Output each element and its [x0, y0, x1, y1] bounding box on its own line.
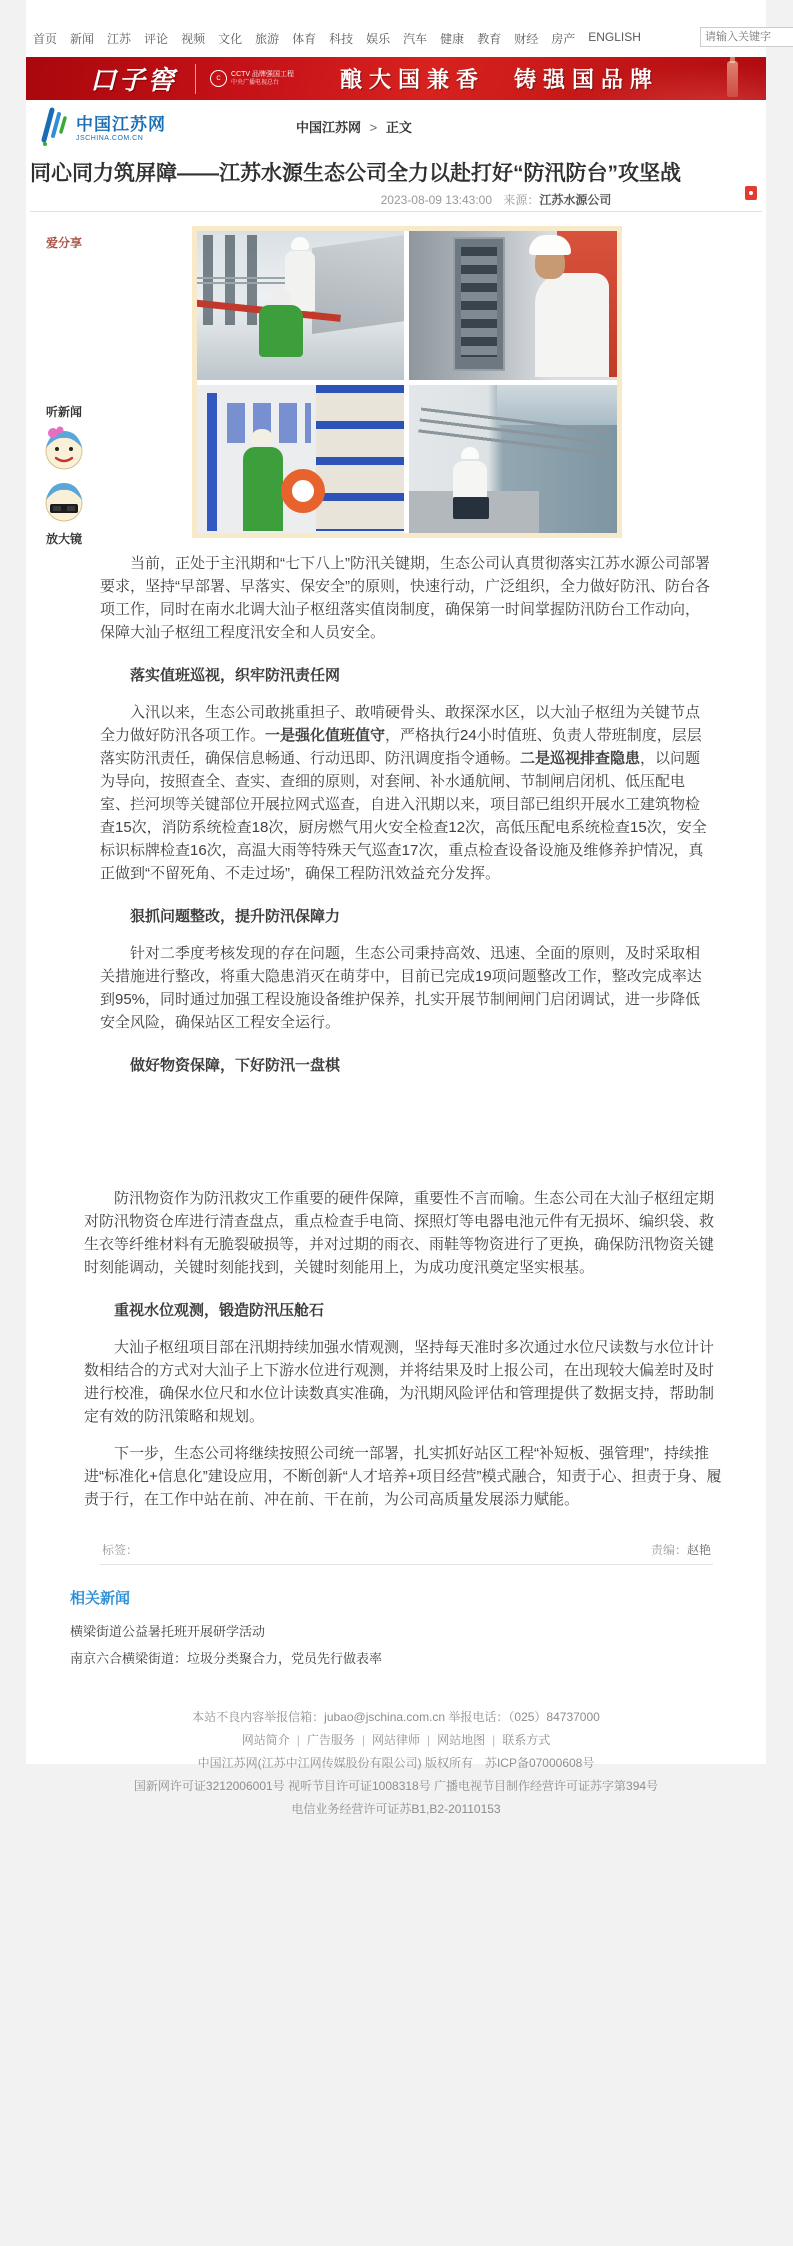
licenses-line: 国新网许可证3212006001号 视听节目许可证1008318号 广播电视节目…	[26, 1775, 766, 1798]
left-toolbar: 爱分享 听新闻 放大镜	[32, 234, 96, 547]
logo-text-en: JSCHINA.COM.CN	[76, 135, 166, 142]
article-paragraph: 针对二季度考核发现的存在问题，生态公司秉持高效、迅速、全面的原则，及时采取相关措…	[100, 942, 713, 1034]
search-area: 搜索	[700, 27, 793, 47]
nav-item-财经[interactable]: 财经	[514, 30, 538, 44]
tags-divider	[100, 1564, 713, 1565]
related-news-list: 横梁街道公益暑托班开展研学活动南京六合横梁街道：垃圾分类聚合力，党员先行做表率	[70, 1618, 713, 1672]
source-label: 来源：	[503, 193, 539, 207]
footer-link-网站律师[interactable]: 网站律师	[372, 1733, 420, 1747]
nav-item-体育[interactable]: 体育	[292, 30, 316, 44]
nav-item-评论[interactable]: 评论	[144, 30, 168, 44]
banner-divider	[195, 64, 196, 94]
nav-item-旅游[interactable]: 旅游	[255, 30, 279, 44]
magnifier-mascot-icon[interactable]	[41, 476, 87, 524]
nav-item-首页[interactable]: 首页	[33, 30, 57, 44]
banner-brand: 口子窖	[90, 60, 177, 97]
copyright-line: 中国江苏网(江苏中江网传媒股份有限公司) 版权所有 苏ICP备07000608号	[26, 1752, 766, 1775]
photo-collage	[192, 226, 622, 538]
article-subheading: 做好物资保障，下好防汛一盘棋	[100, 1054, 713, 1077]
nav-item-房产[interactable]: 房产	[551, 30, 575, 44]
search-input[interactable]	[700, 27, 793, 47]
listen-news-label[interactable]: 听新闻	[46, 403, 82, 420]
nav-item-科技[interactable]: 科技	[329, 30, 353, 44]
site-logo[interactable]: 中国江苏网 JSCHINA.COM.CN	[36, 106, 166, 146]
photo-pump-station-valve-inspection	[197, 231, 405, 380]
photo-waterfront-level-observation	[409, 385, 617, 534]
badge-line1: CCTV 品牌强国工程	[231, 71, 294, 79]
editor-label: 责编：	[651, 1543, 687, 1557]
breadcrumb-separator: >	[370, 120, 378, 135]
footer-link-separator: |	[297, 1733, 300, 1747]
nav-item-娱乐[interactable]: 娱乐	[366, 30, 390, 44]
footer-links: 网站简介|广告服务|网站律师|网站地图|联系方式	[26, 1729, 766, 1752]
nav-item-江苏[interactable]: 江苏	[107, 30, 131, 44]
article-subheading: 落实值班巡视，织牢防汛责任网	[100, 664, 713, 687]
footer-link-separator: |	[362, 1733, 365, 1747]
magnifier-label[interactable]: 放大镜	[46, 530, 82, 547]
nav-item-文化[interactable]: 文化	[218, 30, 242, 44]
article-title: 同心同力筑屏障——江苏水源生态公司全力以赴打好“防汛防台”攻坚战	[30, 160, 760, 187]
breadcrumb-current: 正文	[386, 120, 412, 135]
tags-label: 标签：	[102, 1541, 138, 1558]
article-body: 当前，正处于主汛期和“七下八上”防汛关键期，生态公司认真贯彻落实江苏水源公司部署…	[100, 552, 713, 1511]
nav-item-ENGLISH[interactable]: ENGLISH	[588, 30, 641, 44]
listen-news-mascot-icon[interactable]	[41, 424, 87, 472]
report-line: 本站不良内容举报信箱：jubao@jschina.com.cn 举报电话：（02…	[26, 1706, 766, 1729]
article-paragraph: 大汕子枢纽项目部在汛期持续加强水情观测，坚持每天准时多次通过水位尺读数与水位计计…	[84, 1336, 727, 1428]
footer-link-广告服务[interactable]: 广告服务	[307, 1733, 355, 1747]
site-header: 中国江苏网 JSCHINA.COM.CN 中国江苏网 > 正文	[26, 100, 766, 152]
article-subheading: 狠抓问题整改，提升防汛保障力	[100, 905, 713, 928]
related-news-title: 相关新闻	[70, 1587, 713, 1608]
article-source: 江苏水源公司	[539, 193, 611, 207]
footer-link-联系方式[interactable]: 联系方式	[502, 1733, 550, 1747]
telecom-line: 电信业务经营许可证苏B1,B2-20110153	[26, 1798, 766, 1821]
article-dateline: 2023-08-09 13:43:00 来源：江苏水源公司	[266, 191, 726, 207]
related-news-link[interactable]: 横梁街道公益暑托班开展研学活动	[70, 1618, 713, 1645]
article-main: 爱分享 听新闻 放大镜	[26, 226, 766, 1672]
share-red-icon[interactable]	[745, 186, 757, 200]
related-news-link[interactable]: 南京六合横梁街道：垃圾分类聚合力，党员先行做表率	[70, 1645, 713, 1672]
related-news: 相关新闻 横梁街道公益暑托班开展研学活动南京六合横梁街道：垃圾分类聚合力，党员先…	[70, 1587, 713, 1672]
nav-item-视频[interactable]: 视频	[181, 30, 205, 44]
breadcrumb-site-link[interactable]: 中国江苏网	[296, 120, 361, 135]
nav-item-新闻[interactable]: 新闻	[70, 30, 94, 44]
logo-mark-icon	[36, 106, 70, 146]
cctv-badge: C CCTV 品牌强国工程 中央广播电视总台	[210, 70, 294, 87]
article-paragraph: 入汛以来，生态公司敢挑重担子、敢啃硬骨头、敢探深水区，以大汕子枢纽为关键节点全力…	[100, 701, 713, 885]
share-widget-label[interactable]: 爱分享	[46, 234, 82, 251]
footer-link-网站简介[interactable]: 网站简介	[242, 1733, 290, 1747]
site-footer: 本站不良内容举报信箱：jubao@jschina.com.cn 举报电话：（02…	[26, 1706, 766, 1821]
top-navigation: 首页新闻江苏评论视频文化旅游体育科技娱乐汽车健康教育财经房产ENGLISH	[26, 0, 766, 44]
footer-link-separator: |	[427, 1733, 430, 1747]
nav-item-教育[interactable]: 教育	[477, 30, 501, 44]
article-image-gap	[100, 1077, 713, 1173]
nav-item-汽车[interactable]: 汽车	[403, 30, 427, 44]
page-container: 首页新闻江苏评论视频文化旅游体育科技娱乐汽车健康教育财经房产ENGLISH 口子…	[26, 0, 766, 1764]
article-paragraph: 防汛物资作为防汛救灾工作重要的硬件保障，重要性不言而喻。生态公司在大汕子枢纽定期…	[84, 1187, 727, 1279]
footer-link-separator: |	[492, 1733, 495, 1747]
banner-ad[interactable]: 口子窖 C CCTV 品牌强国工程 中央广播电视总台 酿大国兼香 铸强国品牌	[26, 57, 766, 100]
cctv-emblem-icon: C	[210, 70, 227, 87]
photo-electrical-panel-check	[409, 231, 617, 380]
logo-text-cn: 中国江苏网	[76, 110, 166, 135]
header-divider	[30, 211, 762, 212]
article-paragraph: 下一步，生态公司将继续按照公司统一部署，扎实抓好站区工程“补短板、强管理”，持续…	[84, 1442, 727, 1511]
article-subheading: 重视水位观测，锻造防汛压舱石	[84, 1299, 727, 1322]
tags-row: 标签： 责编：赵艳	[100, 1541, 713, 1558]
photo-supply-warehouse-inventory	[197, 385, 405, 534]
article-date: 2023-08-09 13:43:00	[381, 193, 492, 207]
badge-line2: 中央广播电视总台	[231, 79, 294, 87]
article-paragraph: 当前，正处于主汛期和“七下八上”防汛关键期，生态公司认真贯彻落实江苏水源公司部署…	[100, 552, 713, 644]
nav-item-健康[interactable]: 健康	[440, 30, 464, 44]
editor-name: 赵艳	[687, 1543, 711, 1557]
bottle-icon	[727, 61, 738, 97]
breadcrumb: 中国江苏网 > 正文	[296, 117, 412, 136]
footer-link-网站地图[interactable]: 网站地图	[437, 1733, 485, 1747]
